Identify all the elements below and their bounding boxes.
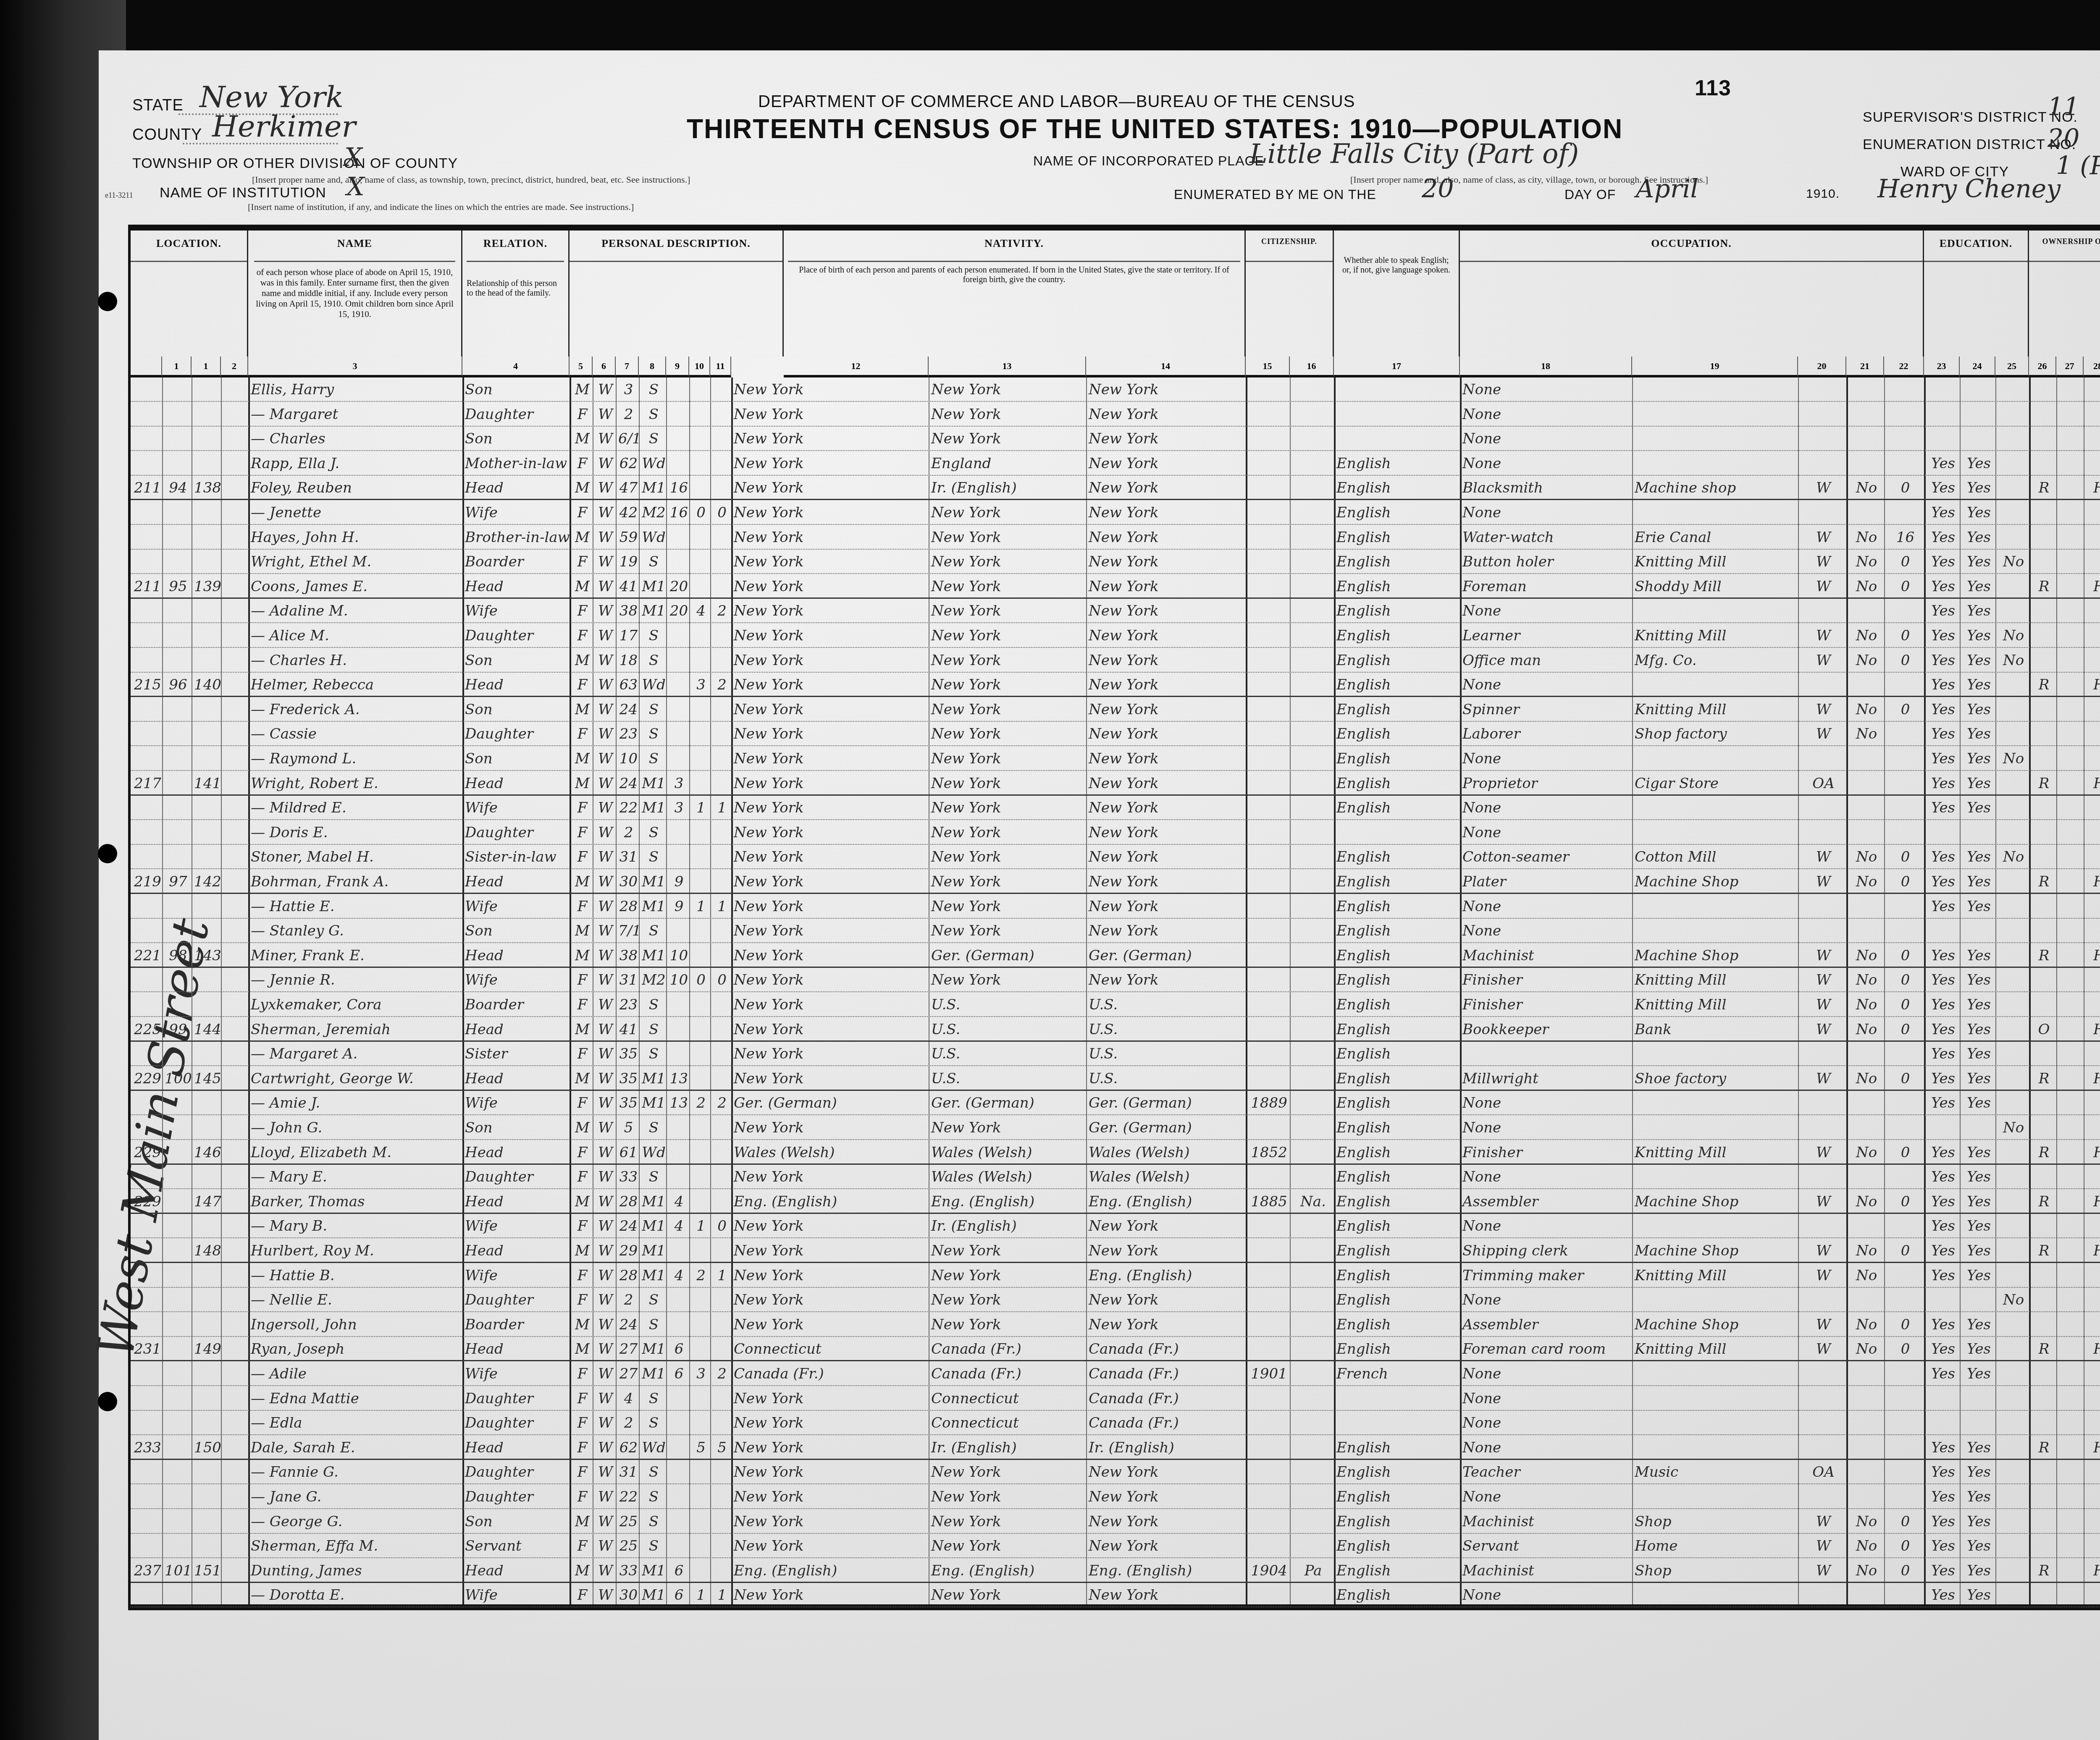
cell-sex: M [570,870,593,894]
cell-weeks [1884,747,1924,771]
cell-marital: M1 [639,1239,666,1263]
cell-relation: Head [462,870,570,894]
cell-age: 28 [616,894,639,919]
cell-house [131,919,162,943]
cell-mother-bp: Eng. (English) [1086,1190,1246,1214]
cell-school [1995,870,2029,894]
cell-write: Yes [1960,1337,1995,1361]
cell-read [1924,402,1960,427]
cell-years-married [666,1460,689,1484]
cell-school [1995,1214,2029,1238]
cell-house [131,1583,162,1607]
cell-sex: F [570,820,593,845]
cell-years-married: 3 [666,771,689,796]
cell-living [710,1411,731,1435]
cell-house [131,1485,162,1509]
cell-name: Rapp, Ella J. [248,451,462,476]
cell-free [2056,1140,2084,1165]
cell-race: W [593,1017,616,1042]
cell-years-married: 10 [666,943,689,968]
cell-trade: None [1460,402,1632,427]
cell-living: 2 [710,1362,731,1386]
cell-read: Yes [1924,1067,1960,1091]
cell-farm [2084,1583,2100,1607]
cell-write: Yes [1960,1017,1995,1042]
cell-age: 2 [616,402,639,427]
cell-write: Yes [1960,1190,1995,1214]
cell-father-bp: New York [929,427,1086,451]
table-row: Hayes, John H.Brother-in-lawMW59WdNew Yo… [131,525,2100,550]
cell-father-bp: New York [929,648,1086,673]
cell-industry [1632,377,1798,402]
cell-read: Yes [1924,624,1960,648]
cell-english: English [1334,624,1460,648]
cell-natz [1290,1239,1334,1263]
cell-weeks: 0 [1884,870,1924,894]
cell-family: 142 [192,870,221,894]
punch-hole [98,844,117,863]
cell-write: Yes [1960,624,1995,648]
cell-emp [1798,402,1846,427]
cell-family [192,377,221,402]
county-label: COUNTY [132,126,202,144]
cell-own [2029,845,2056,869]
cell-out: No [1846,870,1884,894]
cell-natz [1290,1017,1334,1042]
cell-emp [1798,599,1846,623]
cell-trade: None [1460,1165,1632,1189]
cell-father-bp: U.S. [929,1017,1086,1042]
cell-family [192,648,221,673]
cell-dwelling [162,919,192,943]
cell-free [2056,1091,2084,1115]
cell-years-married: 6 [666,1337,689,1361]
cell-born [689,943,710,968]
cell-industry [1632,1091,1798,1115]
cell-mother-bp: Canada (Fr.) [1086,1362,1246,1386]
cell-farm: H [2084,1140,2100,1165]
cell-emp: W [1798,870,1846,894]
cell-living [710,476,731,500]
cell-farm [2084,1042,2100,1066]
cell-farm [2084,1460,2100,1484]
cell-sex: F [570,722,593,746]
cell-race: W [593,402,616,427]
cell-english: English [1334,1165,1460,1189]
form-code-left: e11-3211 [105,191,133,200]
cell-relation: Head [462,1239,570,1263]
cell-birthplace: New York [731,1436,929,1460]
cell-english [1334,427,1460,451]
cell-living [710,574,731,599]
cell-race: W [593,1362,616,1386]
cell-name: — Adile [248,1362,462,1386]
cell-free [2056,870,2084,894]
cell-immig [1246,697,1290,722]
cell-mother-bp: New York [1086,673,1246,697]
cell-years-married: 20 [666,599,689,623]
cell-emp [1798,377,1846,402]
cell-dwelling [162,402,192,427]
col-number [131,356,162,377]
cell-living [710,697,731,722]
cell-age: 22 [616,796,639,820]
cell-emp [1798,1386,1846,1411]
cell-out [1846,501,1884,525]
cell-trade: Assembler [1460,1190,1632,1214]
cell-family [192,1091,221,1115]
cell-father-bp: New York [929,870,1086,894]
cell-out: No [1846,1313,1884,1337]
cell-write: Yes [1960,1534,1995,1558]
cell-living [710,402,731,427]
cell-dwelling [162,722,192,746]
cell-write: Yes [1960,1313,1995,1337]
cell-relation: Wife [462,894,570,919]
cell-sex: F [570,624,593,648]
cell-own [2029,427,2056,451]
cell-industry [1632,673,1798,697]
cell-race: W [593,1190,616,1214]
cell-marital: S [639,845,666,869]
township-label: TOWNSHIP OR OTHER DIVISION OF COUNTY [132,155,458,172]
cell-own [2029,1386,2056,1411]
cell-read: Yes [1924,943,1960,968]
cell-dwelling [162,820,192,845]
cell-father-bp: New York [929,919,1086,943]
cell-born [689,1411,710,1435]
cell-sex: F [570,845,593,869]
cell-farm [2084,550,2100,574]
cell-school [1995,1091,2029,1115]
col-number: 26 [2029,356,2056,377]
cell-years-married [666,747,689,771]
cell-age: 31 [616,845,639,869]
cell-dwelling [162,1583,192,1607]
cell-school [1995,820,2029,845]
col-number: 23 [1924,356,1960,377]
cell-father-bp: New York [929,377,1086,402]
cell-marital: S [639,1042,666,1066]
cell-relation: Servant [462,1534,570,1558]
cell-marital: M1 [639,476,666,500]
cell-out: No [1846,968,1884,992]
cell-living [710,943,731,968]
cell-own [2029,1485,2056,1509]
cell-name: Dunting, James [248,1559,462,1583]
cell-english: English [1334,1485,1460,1509]
cell-house [131,820,162,845]
cell-marital: S [639,402,666,427]
col-number: 15 [1246,356,1290,377]
cell-born [689,1190,710,1214]
cell-relation: Daughter [462,722,570,746]
cell-industry: Machine shop [1632,476,1798,500]
cell-english: English [1334,1288,1460,1312]
cell-farm [2084,993,2100,1017]
cell-read: Yes [1924,673,1960,697]
cell-race: W [593,377,616,402]
cell-age: 24 [616,697,639,722]
cell-school [1995,525,2029,550]
cell-out: No [1846,574,1884,599]
cell-school [1995,476,2029,500]
cell-immig [1246,648,1290,673]
cell-industry [1632,796,1798,820]
table-row: Ingersoll, JohnBoarderMW24SNew YorkNew Y… [131,1313,2100,1337]
cell-marital: S [639,1313,666,1337]
table-row: — George G.SonMW25SNew YorkNew YorkNew Y… [131,1509,2100,1534]
cell-dwelling [162,377,192,402]
cell-house: 229 [131,1140,162,1165]
cell-born: 3 [689,673,710,697]
table-row: — Mary E.DaughterFW33SNew YorkWales (Wel… [131,1165,2100,1189]
cell-school [1995,1165,2029,1189]
cell-natz [1290,1436,1334,1460]
header-location: LOCATION. [131,231,248,356]
punch-hole [98,1392,117,1411]
cell-english: English [1334,845,1460,869]
cell-english: English [1334,968,1460,992]
cell-english: English [1334,1067,1460,1091]
cell-age: 10 [616,747,639,771]
cell-mother-bp: New York [1086,624,1246,648]
cell-own: R [2029,476,2056,500]
cell-farm [2084,1263,2100,1288]
cell-family: 140 [192,673,221,697]
cell-relation: Daughter [462,1411,570,1435]
cell-immig [1246,1337,1290,1361]
cell-school [1995,919,2029,943]
table-row: — CassieDaughterFW23SNew YorkNew YorkNew… [131,722,2100,746]
cell-industry [1632,1386,1798,1411]
cell-marital: S [639,1288,666,1312]
cell-sex: F [570,1436,593,1460]
header-personal-description: PERSONAL DESCRIPTION. [570,231,784,356]
cell-out [1846,747,1884,771]
cell-own [2029,919,2056,943]
cell-trade: Spinner [1460,697,1632,722]
cell-immig [1246,525,1290,550]
cell-industry: Shoe factory [1632,1067,1798,1091]
cell-relation: Head [462,1067,570,1091]
cell-family: 149 [192,1337,221,1361]
table-row: — Charles H.SonMW18SNew YorkNew YorkNew … [131,648,2100,673]
cell-read: Yes [1924,1460,1960,1484]
cell-farm [2084,1534,2100,1558]
header-occupation: OCCUPATION. [1460,231,1924,356]
cell-age: 2 [616,1288,639,1312]
cell-natz [1290,1485,1334,1509]
cell-write [1960,1386,1995,1411]
cell-age: 41 [616,1017,639,1042]
cell-trade: Machinist [1460,1559,1632,1583]
enumerated-day: 20 [1422,174,1454,204]
cell-read: Yes [1924,574,1960,599]
table-row: Ellis, HarrySonMW3SNew YorkNew YorkNew Y… [131,377,2100,402]
cell-sex: F [570,402,593,427]
cell-born [689,402,710,427]
cell-own [2029,1091,2056,1115]
cell-living [710,525,731,550]
cell-own [2029,550,2056,574]
cell-free [2056,1509,2084,1534]
cell-family: 147 [192,1190,221,1214]
cell-own [2029,377,2056,402]
cell-age: 41 [616,574,639,599]
cell-free [2056,697,2084,722]
cell-father-bp: Canada (Fr.) [929,1337,1086,1361]
cell-immig [1246,1214,1290,1238]
cell-born [689,993,710,1017]
cell-living: 1 [710,1263,731,1288]
cell-birthplace: New York [731,1067,929,1091]
cell-out: No [1846,697,1884,722]
cell-mother-bp: New York [1086,525,1246,550]
cell-house [131,1042,162,1066]
cell-age: 35 [616,1091,639,1115]
cell-house [131,377,162,402]
incorporated-place-value: Little Falls City (Part of) [1249,139,1579,170]
cell-immig [1246,1534,1290,1558]
cell-weeks: 0 [1884,1559,1924,1583]
cell-emp [1798,919,1846,943]
cell-father-bp: New York [929,1534,1086,1558]
cell-natz [1290,1534,1334,1558]
cell-born [689,1509,710,1534]
cell-birthplace: New York [731,919,929,943]
cell-race: W [593,1042,616,1066]
cell-trade: Cotton-seamer [1460,845,1632,869]
cell-birthplace: New York [731,1042,929,1066]
cell-weeks: 0 [1884,1239,1924,1263]
cell-school [1995,1534,2029,1558]
cell-write: Yes [1960,1559,1995,1583]
cell-immig [1246,820,1290,845]
cell-farm: H [2084,476,2100,500]
cell-age: 35 [616,1042,639,1066]
cell-free [2056,845,2084,869]
cell-mother-bp: New York [1086,1288,1246,1312]
cell-weeks [1884,1583,1924,1607]
cell-own [2029,722,2056,746]
cell-natz [1290,697,1334,722]
cell-free [2056,796,2084,820]
cell-race: W [593,1411,616,1435]
cell-living [710,648,731,673]
cell-relation: Head [462,1140,570,1165]
cell-relation: Son [462,377,570,402]
cell-industry: Shop [1632,1559,1798,1583]
cell-school [1995,1337,2029,1361]
cell-race: W [593,574,616,599]
cell-trade: None [1460,673,1632,697]
cell-race: W [593,599,616,623]
cell-age: 25 [616,1509,639,1534]
cell-marital: S [639,697,666,722]
cell-farm [2084,1116,2100,1140]
cell-natz [1290,673,1334,697]
cell-father-bp: New York [929,845,1086,869]
cell-name: Sherman, Jeremiah [248,1017,462,1042]
cell-house [131,968,162,992]
cell-mother-bp: Canada (Fr.) [1086,1411,1246,1435]
table-row: 229146Lloyd, Elizabeth M.HeadFW61WdWales… [131,1140,2100,1165]
cell-mother-bp: New York [1086,771,1246,796]
cell-mother-bp: New York [1086,451,1246,476]
cell-dwelling: 98 [162,943,192,968]
cell-industry: Knitting Mill [1632,697,1798,722]
cell-write: Yes [1960,993,1995,1017]
cell-relation: Head [462,771,570,796]
cell-mother-bp: New York [1086,968,1246,992]
cell-living [710,1534,731,1558]
cell-write: Yes [1960,476,1995,500]
cell-mother-bp: U.S. [1086,1067,1246,1091]
cell-industry: Knitting Mill [1632,1263,1798,1288]
cell-industry: Cotton Mill [1632,845,1798,869]
cell-born: 0 [689,501,710,525]
cell-trade: None [1460,1091,1632,1115]
day-of-label: DAY OF [1564,187,1616,202]
ward-label: WARD OF CITY [1900,164,2009,180]
cell-write: Yes [1960,673,1995,697]
cell-dwelling [162,1190,192,1214]
cell-emp: W [1798,550,1846,574]
cell-english: English [1334,1509,1460,1534]
col-number: 10 [689,356,710,377]
cell-mother-bp: New York [1086,1460,1246,1484]
cell-school [1995,1017,2029,1042]
cell-age: 28 [616,1263,639,1288]
cell-english: English [1334,697,1460,722]
cell-years-married: 10 [666,968,689,992]
cell-weeks [1884,1091,1924,1115]
cell-read: Yes [1924,993,1960,1017]
cell-house [131,1313,162,1337]
cell-english: English [1334,870,1460,894]
cell-father-bp: U.S. [929,1042,1086,1066]
cell-immig [1246,1116,1290,1140]
cell-race: W [593,1534,616,1558]
cell-own [2029,1116,2056,1140]
cell-name: Dale, Sarah E. [248,1436,462,1460]
cell-write: Yes [1960,1485,1995,1509]
cell-birthplace: New York [731,747,929,771]
cell-weeks [1884,796,1924,820]
cell-weeks: 0 [1884,1190,1924,1214]
cell-family [192,550,221,574]
cell-write [1960,1411,1995,1435]
cell-born [689,648,710,673]
cell-family: 141 [192,771,221,796]
state-label: STATE [132,97,184,115]
cell-write: Yes [1960,1239,1995,1263]
cell-years-married [666,1436,689,1460]
cell-house [131,1263,162,1288]
cell-sex: M [570,943,593,968]
table-row: 229147Barker, ThomasHeadMW28M14Eng. (Eng… [131,1190,2100,1214]
cell-sex: M [570,1067,593,1091]
cell-name: — Hattie B. [248,1263,462,1288]
cell-farm [2084,1411,2100,1435]
cell-born [689,1116,710,1140]
cell-immig [1246,1313,1290,1337]
cell-race: W [593,1386,616,1411]
cell-family [192,1165,221,1189]
cell-immig [1246,1411,1290,1435]
cell-born: 2 [689,1263,710,1288]
